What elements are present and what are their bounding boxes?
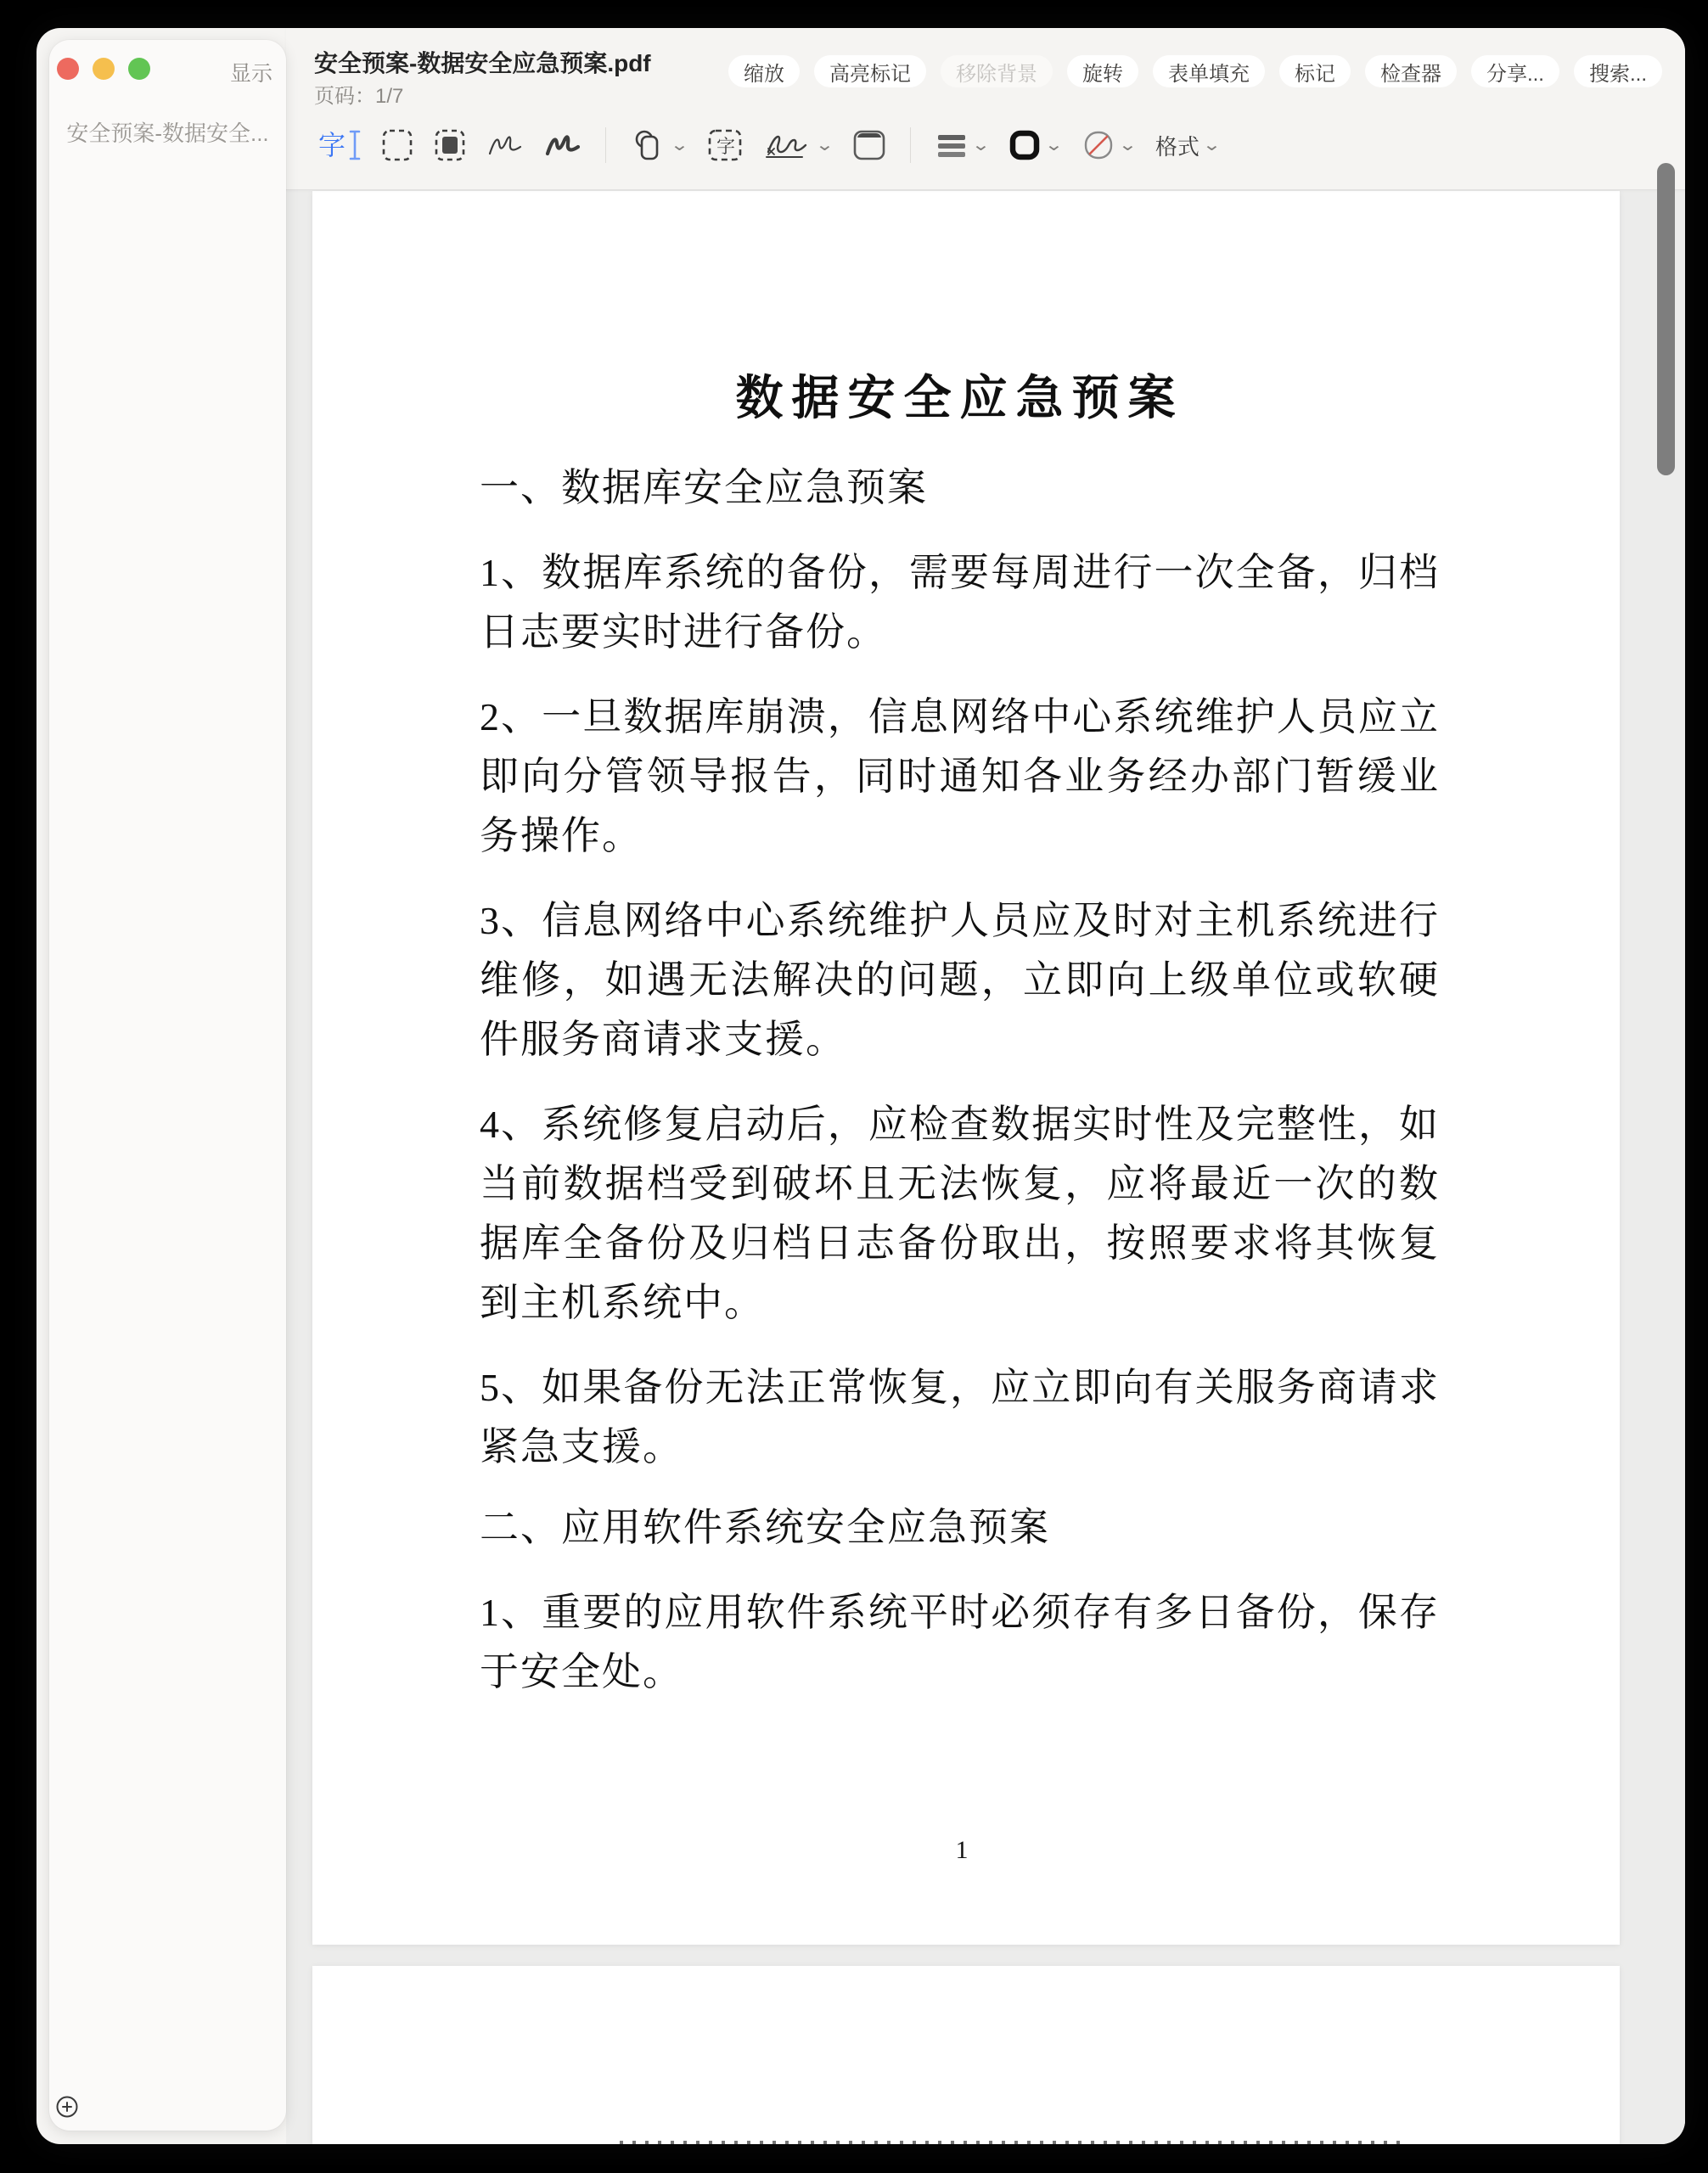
- pdf-page-number: 1: [936, 1836, 987, 1865]
- pdf-page-2: [312, 1966, 1620, 2144]
- format-menu-button[interactable]: 格式 ⌄: [1155, 125, 1219, 166]
- format-menu-label: 格式: [1155, 130, 1200, 161]
- chevron-down-icon: ⌄: [1202, 137, 1222, 154]
- toolbar-separator: [910, 127, 911, 163]
- toolbar-pill-button[interactable]: 表单填充: [1153, 55, 1265, 87]
- pdf-page-1: 数据安全应急预案 一、数据库安全应急预案1、数据库系统的备份，需要每周进行一次全…: [312, 191, 1620, 1945]
- toolbar-pill-button: 移除背景: [941, 55, 1053, 87]
- pdf-title: 数据安全应急预案: [480, 361, 1440, 437]
- sketch-pen-icon[interactable]: [486, 125, 524, 166]
- doc-paragraph: 2、一旦数据库崩溃，信息网络中心系统维护人员应立即向分管领导报告，同时通知各业务…: [480, 688, 1440, 866]
- chevron-down-icon: ⌄: [1044, 137, 1064, 154]
- screen: 显示 安全预案-数据安全... 安全预案-数据安全应急预案.pdf 页码：1/7…: [0, 0, 1708, 2173]
- marquee-select-icon[interactable]: [381, 125, 413, 166]
- svg-text:字: 字: [318, 130, 346, 160]
- doc-paragraph: 3、信息网络中心系统维护人员应及时对主机系统进行维修，如遇无法解决的问题，立即向…: [480, 891, 1440, 1070]
- sidebar-show-button[interactable]: 显示: [230, 57, 272, 87]
- chevron-down-icon: ⌄: [1118, 137, 1138, 154]
- add-page-button[interactable]: [56, 2096, 78, 2118]
- vertical-scrollbar[interactable]: [1657, 163, 1675, 475]
- chevron-down-icon: ⌄: [815, 137, 834, 154]
- thumbnail-file-label[interactable]: 安全预案-数据安全...: [49, 116, 286, 148]
- redact-area-icon[interactable]: [434, 125, 466, 166]
- doc-section-heading: 二、应用软件系统安全应急预案: [480, 1498, 1440, 1558]
- pdf-body: 一、数据库安全应急预案1、数据库系统的备份，需要每周进行一次全备，归档日志要实时…: [480, 458, 1440, 1702]
- note-panel-icon[interactable]: [852, 125, 886, 166]
- toolbar-pill-button[interactable]: 分享...: [1471, 55, 1559, 87]
- header-toolbar: 缩放高亮标记移除背景旋转表单填充标记检查器分享...搜索...: [728, 55, 1662, 87]
- chevron-down-icon: ⌄: [670, 137, 689, 154]
- close-window-button[interactable]: [57, 58, 79, 80]
- border-color-icon[interactable]: ⌄: [1008, 125, 1061, 166]
- doc-paragraph: 5、如果备份无法正常恢复，应立即向有关服务商请求紧急支援。: [480, 1358, 1440, 1477]
- toolbar-separator: [605, 127, 606, 163]
- toolbar-pill-button[interactable]: 高亮标记: [814, 55, 926, 87]
- text-box-icon[interactable]: 字: [707, 125, 743, 166]
- doc-paragraph: 1、数据库系统的备份，需要每周进行一次全备，归档日志要实时进行备份。: [480, 543, 1440, 662]
- toolbar-pill-button[interactable]: 旋转: [1067, 55, 1138, 87]
- toolbar-pill-button[interactable]: 缩放: [728, 55, 800, 87]
- line-style-icon[interactable]: ⌄: [935, 125, 988, 166]
- toolbar-pill-button[interactable]: 搜索...: [1574, 55, 1662, 87]
- window-controls: [57, 58, 150, 80]
- minimize-window-button[interactable]: [93, 58, 115, 80]
- doc-paragraph: 1、重要的应用软件系统平时必须存有多日备份，保存于安全处。: [480, 1583, 1440, 1702]
- doc-paragraph: 4、系统修复启动后，应检查数据实时性及完整性，如当前数据档受到破坏且无法恢复，应…: [480, 1095, 1440, 1333]
- document-viewport[interactable]: 数据安全应急预案 一、数据库安全应急预案1、数据库系统的备份，需要每周进行一次全…: [286, 189, 1685, 2144]
- signature-icon[interactable]: ⌄: [763, 125, 832, 166]
- clipped-text-line: [620, 2141, 1409, 2144]
- header: 安全预案-数据安全应急预案.pdf 页码：1/7 缩放高亮标记移除背景旋转表单填…: [286, 28, 1685, 190]
- shapes-icon[interactable]: ⌄: [630, 125, 687, 166]
- chevron-down-icon: ⌄: [971, 137, 991, 154]
- fill-color-none-icon[interactable]: ⌄: [1082, 125, 1135, 166]
- doc-section-heading: 一、数据库安全应急预案: [480, 458, 1440, 518]
- page-indicator: 页码：1/7: [314, 79, 403, 109]
- toolbar-pill-button[interactable]: 标记: [1279, 55, 1351, 87]
- zoom-window-button[interactable]: [128, 58, 150, 80]
- draw-pen-icon[interactable]: [544, 125, 582, 166]
- annotation-toolbar: 字: [317, 123, 1219, 167]
- sidebar: 显示 安全预案-数据安全...: [49, 40, 286, 2131]
- svg-text:字: 字: [716, 136, 735, 157]
- pdf-viewer-window: 显示 安全预案-数据安全... 安全预案-数据安全应急预案.pdf 页码：1/7…: [37, 28, 1685, 2144]
- document-title: 安全预案-数据安全应急预案.pdf: [314, 45, 651, 79]
- plus-circle-icon: [56, 2108, 78, 2120]
- text-select-tool-icon[interactable]: 字: [317, 125, 361, 166]
- toolbar-pill-button[interactable]: 检查器: [1365, 55, 1457, 87]
